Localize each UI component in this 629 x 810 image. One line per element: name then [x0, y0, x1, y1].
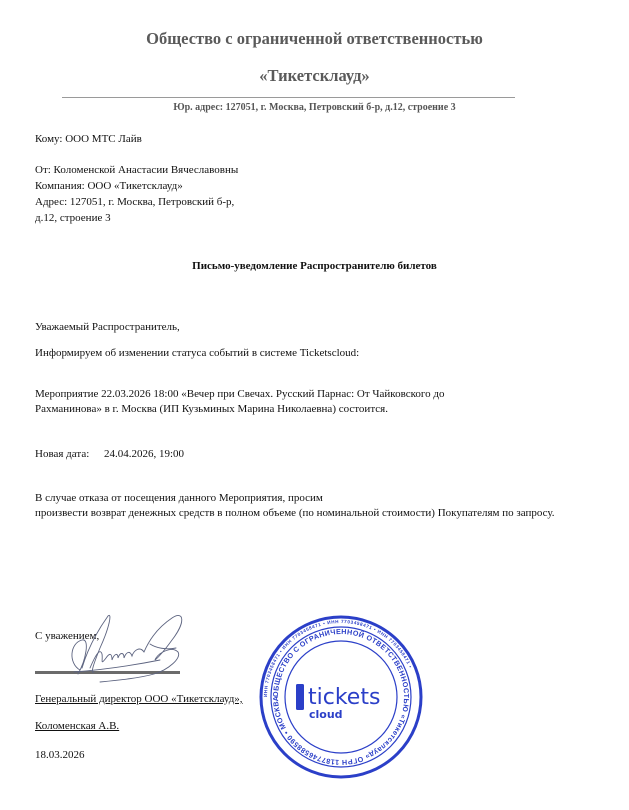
event-line2: Рахманинова» в г. Москва (ИП Кузьминых М…: [35, 403, 388, 415]
stamp-logo-word1: tickets: [308, 685, 380, 710]
company-stamp: ОБЩЕСТВО С ОГРАНИЧЕННОЙ ОТВЕТСТВЕННОСТЬЮ…: [258, 614, 424, 780]
stamp-logo-mark-icon: [296, 684, 304, 710]
signer-position: Генеральный директор ООО «Тикетсклауд»,: [35, 693, 243, 705]
header-divider: [62, 97, 515, 98]
handwritten-signature: [60, 608, 195, 688]
signature-date: 18.03.2026: [35, 749, 85, 761]
stamp-logo-word2: cloud: [309, 708, 343, 721]
new-date-label: Новая дата:: [35, 448, 89, 460]
refund-line1: В случае отказа от посещения данного Мер…: [35, 492, 323, 504]
legal-address: Юр. адрес: 127051, г. Москва, Петровский…: [0, 102, 629, 113]
company-name-line2: «Тикетсклауд»: [0, 66, 629, 86]
company-name-line1: Общество с ограниченной ответственностью: [0, 29, 629, 49]
greeting: Уважаемый Распространитель,: [35, 321, 180, 333]
letter-title: Письмо-уведомление Распространителю биле…: [0, 260, 629, 272]
sender-address-line2: д.12, строение 3: [35, 212, 111, 224]
intro-text: Информируем об изменении статуса событий…: [35, 347, 359, 359]
sender-company: Компания: ООО «Тикетсклауд»: [35, 180, 183, 192]
sender-from: От: Коломенской Анастасии Вячеславовны: [35, 164, 238, 176]
refund-line2: произвести возврат денежных средств в по…: [35, 507, 555, 519]
event-line1: Мероприятие 22.03.2026 18:00 «Вечер при …: [35, 388, 444, 400]
sender-address-line1: Адрес: 127051, г. Москва, Петровский б-р…: [35, 196, 234, 208]
signer-name: Коломенская А.В.: [35, 720, 119, 732]
new-date-value: 24.04.2026, 19:00: [104, 448, 184, 460]
recipient: Кому: ООО МТС Лайв: [35, 133, 142, 145]
